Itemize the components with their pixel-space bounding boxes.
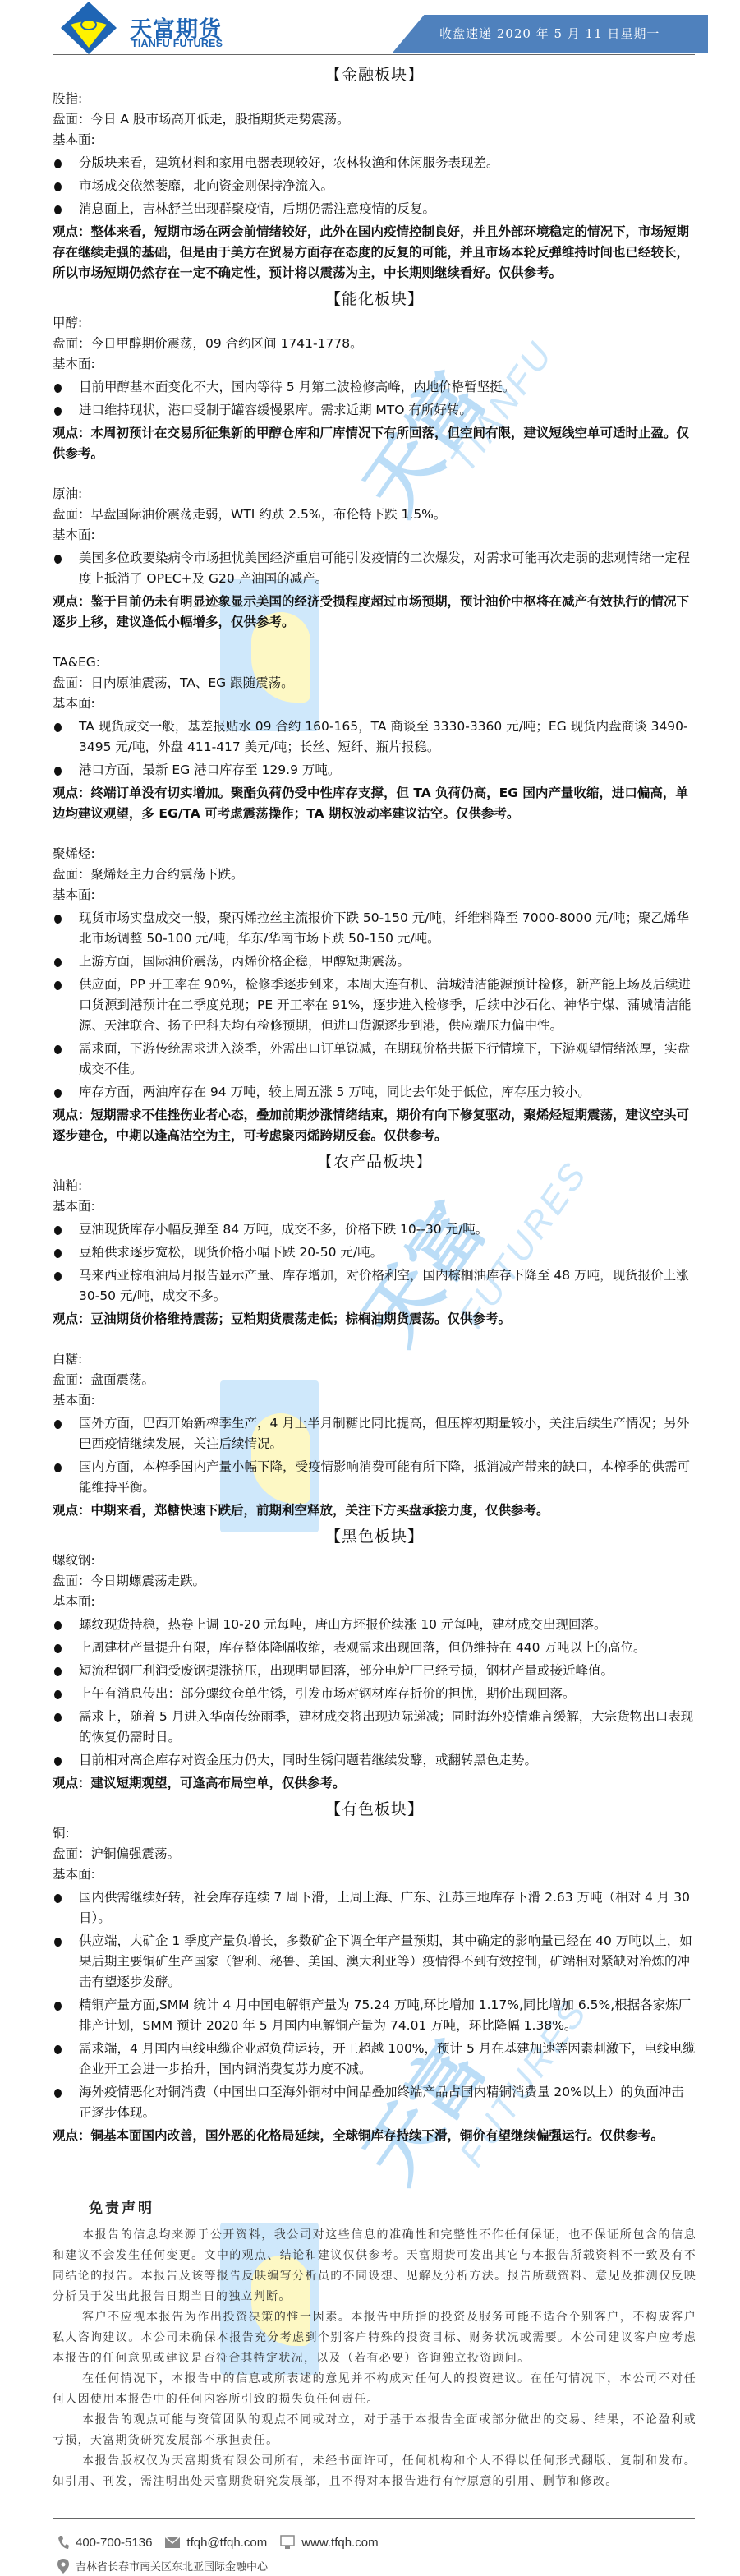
list-item: 现货市场实盘成交一般，聚丙烯拉丝主流报价下跌 50-150 元/吨，纤维料降至 … xyxy=(53,908,696,949)
section-title: 【黑色板块】 xyxy=(53,1524,696,1549)
email-icon xyxy=(165,2536,180,2549)
section-2: 【农产品板块】油粕:基本面:豆油现货库存小幅反弹至 84 万吨，成交不多，价格下… xyxy=(53,1150,696,1521)
list-item: 需求端，4 月国内电线电缆企业超负荷运转，开工超越 100%，预计 5 月在基建… xyxy=(53,2039,696,2080)
bullet-text: 分版块来看，建筑材料和家用电器表现较好，农林牧渔和休闲服务表现差。 xyxy=(79,155,499,170)
product-block: 白糖:盘面：盘面震荡。基本面:国外方面，巴西开始新榨季生产，4 月上半月制糖比同… xyxy=(53,1349,696,1521)
fundamentals-list: 螺纹现货持稳，热卷上调 10-20 元每吨，唐山方坯报价续涨 10 元每吨，建材… xyxy=(53,1615,696,1771)
bullet-icon xyxy=(54,2045,62,2054)
bullet-icon xyxy=(54,958,62,967)
report-content: 【金融板块】股指:盘面：今日 A 股市场高开低走，股指期货走势震荡。基本面:分版… xyxy=(53,59,696,2146)
email-address[interactable]: tfqh@tfqh.com xyxy=(186,2536,267,2550)
bullet-icon xyxy=(54,1226,62,1235)
bullet-text: 上游方面，国际油价震荡，丙烯价格企稳，甲醇短期震荡。 xyxy=(79,954,410,969)
fundamentals-label: 基本面: xyxy=(53,1196,696,1217)
product-block: TA&EG:盘面：日内原油震荡，TA、EG 跟随震荡。基本面:TA 现货成交一般… xyxy=(53,652,696,824)
list-item: 库存方面，两油库存在 94 万吨，较上周五涨 5 万吨，同比去年处于低位，库存压… xyxy=(53,1082,696,1103)
bullet-icon xyxy=(54,384,62,393)
outlook-text: 观点：鉴于目前仍未有明显迹象显示美国的经济受损程度超过市场预期，预计油价中枢将在… xyxy=(53,592,696,633)
bullet-text: 豆油现货库存小幅反弹至 84 万吨，成交不多，价格下跌 10--30 元/吨。 xyxy=(79,1222,488,1237)
list-item: 进口维持现状，港口受制于罐容缓慢累库。需求近期 MTO 有所好转。 xyxy=(53,400,696,421)
disclaimer-paragraph: 本报告的信息均来源于公开资料，我公司对这些信息的准确性和完整性不作任何保证，也不… xyxy=(53,2225,696,2307)
list-item: 国内方面，本榨季国内产量小幅下降，受疫情影响消费可能有所下降，抵消减产带来的缺口… xyxy=(53,1457,696,1498)
market-summary: 盘面：聚烯烃主力合约震荡下跌。 xyxy=(53,864,696,885)
fundamentals-label: 基本面: xyxy=(53,130,696,150)
bullet-text: 目前甲醇基本面变化不大，国内等待 5 月第二波检修高峰，内地价格暂坚挺。 xyxy=(79,380,515,394)
outlook-text: 观点：本周初预计在交易所征集新的甲醇仓库和厂库情况下有所回落，但空间有限，建议短… xyxy=(53,423,696,464)
product-block: 原油:盘面：早盘国际油价震荡走弱，WTI 约跌 2.5%，布伦特下跌 1.5%。… xyxy=(53,484,696,633)
bullet-text: 供应面，PP 开工率在 90%，检修季逐步到来，本周大连有机、蒲城清洁能源预计检… xyxy=(79,977,691,1033)
address-text: 吉林省长春市南关区东北亚国际金融中心 xyxy=(76,2558,268,2574)
website-contact[interactable]: www.tfqh.com xyxy=(280,2535,378,2550)
bullet-icon xyxy=(54,1463,62,1472)
list-item: 豆粕供求逐步宽松，现货价格小幅下跌 20-50 元/吨。 xyxy=(53,1242,696,1263)
product-name: 铜: xyxy=(53,1823,696,1844)
fundamentals-label: 基本面: xyxy=(53,1864,696,1885)
bullet-icon xyxy=(54,915,62,924)
fundamentals-list: TA 现货成交一般，基差报贴水 09 合约 160-165，TA 商谈至 333… xyxy=(53,717,696,781)
bullet-icon xyxy=(54,205,62,214)
disclaimer-paragraph: 本报告的观点可能与资管团队的观点不同或对立，对于基于本报告全面或部分做出的交易、… xyxy=(53,2410,696,2451)
list-item: 海外疫情恶化对铜消费（中国出口至海外铜材中间品叠加终端产品占国内精铜消费量 20… xyxy=(53,2082,696,2123)
fundamentals-label: 基本面: xyxy=(53,885,696,906)
bullet-text: 豆粕供求逐步宽松，现货价格小幅下跌 20-50 元/吨。 xyxy=(79,1245,383,1260)
list-item: 美国多位政要染病令市场担忧美国经济重启可能引发疫情的二次爆发，对需求可能再次走弱… xyxy=(53,548,696,589)
fundamentals-list: 目前甲醇基本面变化不大，国内等待 5 月第二波检修高峰，内地价格暂坚挺。进口维持… xyxy=(53,377,696,421)
spacer xyxy=(53,824,696,844)
disclaimer-paragraph: 客户不应视本报告为作出投资决策的惟一因素。本报告中所指的投资及服务可能不适合个别… xyxy=(53,2307,696,2369)
logo-english-name: TIANFU FUTURES xyxy=(131,38,223,49)
list-item: 需求上，随着 5 月进入华南传统雨季，建材成交将出现边际递减；同时海外疫情难言缓… xyxy=(53,1707,696,1748)
list-item: 螺纹现货持稳，热卷上调 10-20 元每吨，唐山方坯报价续涨 10 元每吨，建材… xyxy=(53,1615,696,1635)
bullet-text: 国外方面，巴西开始新榨季生产，4 月上半月制糖比同比提高，但压榨初期量较小，关注… xyxy=(79,1416,689,1451)
list-item: 供应面，PP 开工率在 90%，检修季逐步到来，本周大连有机、蒲城清洁能源预计检… xyxy=(53,975,696,1036)
bullet-text: 目前相对高企库存对资金压力仍大，同时生锈问题若继续发酵，或翻转黑色走势。 xyxy=(79,1753,537,1767)
section-1: 【能化板块】甲醇:盘面：今日甲醇期价震荡，09 合约区间 1741-1778。基… xyxy=(53,287,696,1146)
disclaimer-title: 免责声明 xyxy=(89,2196,696,2217)
bullet-icon xyxy=(54,1045,62,1054)
bullet-icon xyxy=(54,1420,62,1429)
disclaimer: 免责声明 本报告的信息均来源于公开资料，我公司对这些信息的准确性和完整性不作任何… xyxy=(53,2196,696,2492)
bullet-text: 螺纹现货持稳，热卷上调 10-20 元每吨，唐山方坯报价续涨 10 元每吨，建材… xyxy=(79,1617,606,1632)
bullet-icon xyxy=(54,1621,62,1630)
bullet-text: 需求面，下游传统需求进入淡季，外需出口订单锐减，在期现价格共振下行情境下，下游观… xyxy=(79,1041,690,1076)
outlook-text: 观点：豆油期货价格维持震荡；豆粕期货震荡走低；棕榈油期货震荡。仅供参考。 xyxy=(53,1309,696,1329)
bullet-text: 消息面上，吉林舒兰出现群聚疫情，后期仍需注意疫情的反复。 xyxy=(79,201,435,216)
product-name: 原油: xyxy=(53,484,696,505)
bullet-text: 供应端，大矿企 1 季度产量负增长，多数矿企下调全年产量预期，其中确定的影响量已… xyxy=(79,1933,692,1989)
fundamentals-list: 现货市场实盘成交一般，聚丙烯拉丝主流报价下跌 50-150 元/吨，纤维料降至 … xyxy=(53,908,696,1103)
bullet-text: 上午有消息传出：部分螺纹仓单生锈，引发市场对钢材库存折价的担忧，期价出现回落。 xyxy=(79,1686,576,1701)
spacer xyxy=(53,464,696,484)
spacer xyxy=(53,1329,696,1349)
bullet-text: 国内方面，本榨季国内产量小幅下降，受疫情影响消费可能有所下降，抵消减产带来的缺口… xyxy=(79,1459,690,1495)
bullet-text: 现货市场实盘成交一般，聚丙烯拉丝主流报价下跌 50-150 元/吨，纤维料降至 … xyxy=(79,910,689,946)
list-item: 上午有消息传出：部分螺纹仓单生锈，引发市场对钢材库存折价的担忧，期价出现回落。 xyxy=(53,1684,696,1704)
outlook-text: 观点：终端订单没有切实增加。聚酯负荷仍受中性库存支撑，但 TA 负荷仍高，EG … xyxy=(53,783,696,824)
list-item: 目前相对高企库存对资金压力仍大，同时生锈问题若继续发酵，或翻转黑色走势。 xyxy=(53,1750,696,1771)
bullet-icon xyxy=(54,159,62,168)
product-block: 甲醇:盘面：今日甲醇期价震荡，09 合约区间 1741-1778。基本面:目前甲… xyxy=(53,313,696,464)
list-item: 国内供需继续好转，社会库存连续 7 周下滑，上周上海、广东、江苏三地库存下滑 2… xyxy=(53,1887,696,1929)
bullet-icon xyxy=(54,2002,62,2011)
address: 吉林省长春市南关区东北亚国际金融中心 xyxy=(57,2558,268,2574)
list-item: 消息面上，吉林舒兰出现群聚疫情，后期仍需注意疫情的反复。 xyxy=(53,199,696,219)
product-name: 白糖: xyxy=(53,1349,696,1370)
market-summary: 盘面：沪铜偏强震荡。 xyxy=(53,1844,696,1864)
bullet-icon xyxy=(54,1938,62,1947)
fundamentals-label: 基本面: xyxy=(53,354,696,375)
bullet-icon xyxy=(54,767,62,776)
bullet-text: 市场成交依然萎靡，北向资金则保持净流入。 xyxy=(79,178,333,193)
bullet-text: 需求端，4 月国内电线电缆企业超负荷运转，开工超越 100%，预计 5 月在基建… xyxy=(79,2041,695,2076)
product-name: 甲醇: xyxy=(53,313,696,334)
section-title: 【有色板块】 xyxy=(53,1797,696,1822)
bullet-text: 马来西亚棕榈油局月报告显示产量、库存增加，对价格利空，国内棕榈油库存下降至 48… xyxy=(79,1268,689,1303)
list-item: 供应端，大矿企 1 季度产量负增长，多数矿企下调全年产量预期，其中确定的影响量已… xyxy=(53,1931,696,1993)
email-contact[interactable]: tfqh@tfqh.com xyxy=(165,2536,267,2550)
bullet-text: 海外疫情恶化对铜消费（中国出口至海外铜材中间品叠加终端产品占国内精铜消费量 20… xyxy=(79,2085,684,2120)
report-page: 天富期货 TIANFU FUTURES 收盘速递 2020 年 5 月 11 日… xyxy=(0,0,740,2576)
website-link[interactable]: www.tfqh.com xyxy=(301,2536,378,2550)
product-block: 油粕:基本面:豆油现货库存小幅反弹至 84 万吨，成交不多，价格下跌 10--3… xyxy=(53,1176,696,1329)
product-name: 油粕: xyxy=(53,1176,696,1196)
bullet-icon xyxy=(54,1089,62,1098)
market-summary: 盘面：早盘国际油价震荡走弱，WTI 约跌 2.5%，布伦特下跌 1.5%。 xyxy=(53,505,696,525)
bullet-text: 上周建材产量提升有限，库存整体降幅收缩，表观需求出现回落，但仍维持在 440 万… xyxy=(79,1640,646,1655)
fundamentals-label: 基本面: xyxy=(53,694,696,714)
bullet-icon xyxy=(54,1757,62,1766)
section-title: 【能化板块】 xyxy=(53,287,696,311)
list-item: 分版块来看，建筑材料和家用电器表现较好，农林牧渔和休闲服务表现差。 xyxy=(53,153,696,173)
list-item: 市场成交依然萎靡，北向资金则保持净流入。 xyxy=(53,176,696,196)
disclaimer-paragraph: 本报告版权仅为天富期货有限公司所有，未经书面许可，任何机构和个人不得以任何形式翻… xyxy=(53,2451,696,2492)
section-4: 【有色板块】铜:盘面：沪铜偏强震荡。基本面:国内供需继续好转，社会库存连续 7 … xyxy=(53,1797,696,2146)
report-header: 天富期货 TIANFU FUTURES 收盘速递 2020 年 5 月 11 日… xyxy=(0,0,740,58)
fundamentals-label: 基本面: xyxy=(53,525,696,546)
bullet-icon xyxy=(54,407,62,416)
market-summary: 盘面：今日 A 股市场高开低走，股指期货走势震荡。 xyxy=(53,109,696,130)
bullet-icon xyxy=(54,1690,62,1699)
bullet-text: 港口方面，最新 EG 港口库存至 129.9 万吨。 xyxy=(79,763,340,777)
section-0: 【金融板块】股指:盘面：今日 A 股市场高开低走，股指期货走势震荡。基本面:分版… xyxy=(53,62,696,283)
bullet-text: 国内供需继续好转，社会库存连续 7 周下滑，上周上海、广东、江苏三地库存下滑 2… xyxy=(79,1890,690,1925)
list-item: 马来西亚棕榈油局月报告显示产量、库存增加，对价格利空，国内棕榈油库存下降至 48… xyxy=(53,1265,696,1306)
bullet-text: 精铜产量方面,SMM 统计 4 月中国电解铜产量为 75.24 万吨,环比增加 … xyxy=(79,1998,691,2033)
list-item: 精铜产量方面,SMM 统计 4 月中国电解铜产量为 75.24 万吨,环比增加 … xyxy=(53,1995,696,2036)
bullet-icon xyxy=(54,1667,62,1676)
bullet-icon xyxy=(54,555,62,564)
market-summary: 盘面：今日甲醇期价震荡，09 合约区间 1741-1778。 xyxy=(53,334,696,354)
bullet-text: 美国多位政要染病令市场担忧美国经济重启可能引发疫情的二次爆发，对需求可能再次走弱… xyxy=(79,551,690,586)
bullet-icon xyxy=(54,981,62,990)
location-pin-icon xyxy=(57,2559,69,2574)
bullet-icon xyxy=(54,1894,62,1903)
product-block: 聚烯烃:盘面：聚烯烃主力合约震荡下跌。基本面:现货市场实盘成交一般，聚丙烯拉丝主… xyxy=(53,844,696,1146)
bullet-icon xyxy=(54,182,62,191)
bullet-icon xyxy=(54,723,62,732)
outlook-text: 观点：短期需求不佳挫伤业者心态，叠加前期炒涨情绪结束，期价有向下修复驱动，聚烯烃… xyxy=(53,1105,696,1146)
bullet-text: TA 现货成交一般，基差报贴水 09 合约 160-165，TA 商谈至 333… xyxy=(79,719,688,754)
outlook-text: 观点：建议短期观望，可逢高布局空单，仅供参考。 xyxy=(53,1773,696,1794)
fundamentals-list: 分版块来看，建筑材料和家用电器表现较好，农林牧渔和休闲服务表现差。市场成交依然萎… xyxy=(53,153,696,219)
bullet-icon xyxy=(54,1644,62,1653)
bullet-icon xyxy=(54,1272,62,1281)
bullet-icon xyxy=(54,1713,62,1722)
market-summary: 盘面：日内原油震荡，TA、EG 跟随震荡。 xyxy=(53,673,696,694)
bullet-text: 短流程钢厂利润受废钢提涨挤压，出现明显回落，部分电炉厂已经亏损，钢材产量或接近峰… xyxy=(79,1663,614,1678)
list-item: 需求面，下游传统需求进入淡季，外需出口订单锐减，在期现价格共振下行情境下，下游观… xyxy=(53,1039,696,1080)
section-title: 【金融板块】 xyxy=(53,62,696,87)
product-name: 螺纹钢: xyxy=(53,1551,696,1571)
contact-info: 400-700-5136 tfqh@tfqh.com www.tfqh.com xyxy=(57,2535,392,2550)
section-3: 【黑色板块】螺纹钢:盘面：今日期螺震荡走跌。基本面:螺纹现货持稳，热卷上调 10… xyxy=(53,1524,696,1794)
market-summary: 盘面：今日期螺震荡走跌。 xyxy=(53,1571,696,1592)
bullet-text: 库存方面，两油库存在 94 万吨，较上周五涨 5 万吨，同比去年处于低位，库存压… xyxy=(79,1085,591,1099)
list-item: 港口方面，最新 EG 港口库存至 129.9 万吨。 xyxy=(53,760,696,781)
fundamentals-label: 基本面: xyxy=(53,1592,696,1612)
product-name: TA&EG: xyxy=(53,652,696,673)
fundamentals-list: 国内供需继续好转，社会库存连续 7 周下滑，上周上海、广东、江苏三地库存下滑 2… xyxy=(53,1887,696,2123)
fundamentals-list: 国外方面，巴西开始新榨季生产，4 月上半月制糖比同比提高，但压榨初期量较小，关注… xyxy=(53,1413,696,1498)
spacer xyxy=(53,633,696,652)
date-banner-text: 收盘速递 2020 年 5 月 11 日星期一 xyxy=(439,25,660,42)
list-item: 短流程钢厂利润受废钢提涨挤压，出现明显回落，部分电炉厂已经亏损，钢材产量或接近峰… xyxy=(53,1661,696,1681)
bullet-icon xyxy=(54,1249,62,1258)
outlook-text: 观点：中期来看，郑糖快速下跌后，前期利空释放，关注下方买盘承接力度，仅供参考。 xyxy=(53,1500,696,1521)
fundamentals-list: 美国多位政要染病令市场担忧美国经济重启可能引发疫情的二次爆发，对需求可能再次走弱… xyxy=(53,548,696,589)
phone-contact: 400-700-5136 xyxy=(57,2535,152,2550)
list-item: 目前甲醇基本面变化不大，国内等待 5 月第二波检修高峰，内地价格暂坚挺。 xyxy=(53,377,696,398)
list-item: 上游方面，国际油价震荡，丙烯价格企稳，甲醇短期震荡。 xyxy=(53,952,696,972)
list-item: 上周建材产量提升有限，库存整体降幅收缩，表观需求出现回落，但仍维持在 440 万… xyxy=(53,1638,696,1658)
section-title: 【农产品板块】 xyxy=(53,1150,696,1174)
product-block: 股指:盘面：今日 A 股市场高开低走，股指期货走势震荡。基本面:分版块来看，建筑… xyxy=(53,89,696,283)
product-block: 铜:盘面：沪铜偏强震荡。基本面:国内供需继续好转，社会库存连续 7 周下滑，上周… xyxy=(53,1823,696,2146)
bullet-text: 需求上，随着 5 月进入华南传统雨季，建材成交将出现边际递减；同时海外疫情难言缓… xyxy=(79,1709,693,1744)
phone-icon xyxy=(57,2535,69,2550)
fundamentals-label: 基本面: xyxy=(53,1390,696,1411)
product-name: 股指: xyxy=(53,89,696,109)
outlook-text: 观点：铜基本面国内改善，国外恶的化格局延续，全球铜库存持续下滑，铜价有望继续偏强… xyxy=(53,2126,696,2146)
list-item: TA 现货成交一般，基差报贴水 09 合约 160-165，TA 商谈至 333… xyxy=(53,717,696,758)
header-divider xyxy=(53,54,695,55)
list-item: 国外方面，巴西开始新榨季生产，4 月上半月制糖比同比提高，但压榨初期量较小，关注… xyxy=(53,1413,696,1454)
footer-divider xyxy=(53,2518,695,2519)
product-name: 聚烯烃: xyxy=(53,844,696,864)
list-item: 豆油现货库存小幅反弹至 84 万吨，成交不多，价格下跌 10--30 元/吨。 xyxy=(53,1219,696,1240)
fundamentals-list: 豆油现货库存小幅反弹至 84 万吨，成交不多，价格下跌 10--30 元/吨。豆… xyxy=(53,1219,696,1306)
bullet-icon xyxy=(54,2089,62,2098)
phone-number: 400-700-5136 xyxy=(76,2536,152,2550)
monitor-icon xyxy=(280,2535,295,2550)
outlook-text: 观点：整体来看，短期市场在两会前情绪较好，此外在国内疫情控制良好，并且外部环境稳… xyxy=(53,222,696,283)
product-block: 螺纹钢:盘面：今日期螺震荡走跌。基本面:螺纹现货持稳，热卷上调 10-20 元每… xyxy=(53,1551,696,1794)
disclaimer-paragraph: 在任何情况下，本报告中的信息或所表述的意见并不构成对任何人的投资建议。在任何情况… xyxy=(53,2369,696,2410)
market-summary: 盘面：盘面震荡。 xyxy=(53,1370,696,1390)
bullet-text: 进口维持现状，港口受制于罐容缓慢累库。需求近期 MTO 有所好转。 xyxy=(79,403,472,417)
